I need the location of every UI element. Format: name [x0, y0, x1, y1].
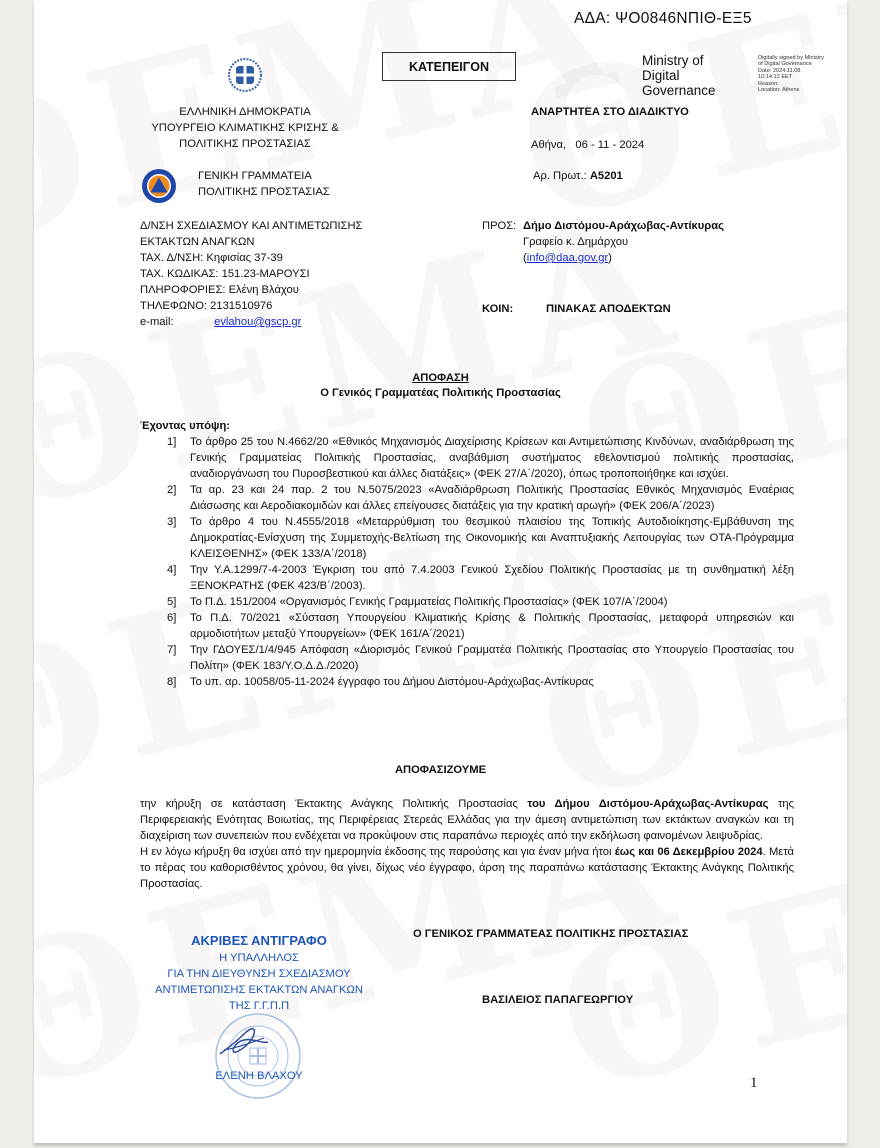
page-number: 1: [750, 1075, 758, 1092]
sig-detail: Location: Athens: [758, 87, 847, 93]
issuer-line: ΥΠΟΥΡΓΕΙΟ ΚΛΙΜΑΤΙΚΗΣ ΚΡΙΣΗΣ &: [130, 120, 360, 136]
text-run-bold: έως και 06 Δεκεμβρίου 2024: [615, 846, 763, 858]
recipient-name: Δήμο Διστόμου-Αράχωβας-Αντίκυρας: [523, 218, 724, 234]
contact-line: ΤΗΛΕΦΩΝΟ: 2131510976: [140, 298, 362, 314]
contact-line: ΤΑΧ. Δ/ΝΣΗ: Κηφισίας 37-39: [140, 250, 362, 266]
issuer-line: ΠΟΛΙΤΙΚΗΣ ΠΡΟΣΤΑΣΙΑΣ: [130, 136, 360, 152]
contact-line: Δ/ΝΣΗ ΣΧΕΔΙΑΣΜΟΥ ΚΑΙ ΑΝΤΙΜΕΤΩΠΙΣΗΣ: [140, 218, 362, 234]
urgent-badge: ΚΑΤΕΠΕΙΓΟΝ: [382, 52, 516, 81]
sig-org-line: Digital: [642, 68, 716, 83]
contact-line: ΕΚΤΑΚΤΩΝ ΑΝΑΓΚΩΝ: [140, 234, 362, 250]
issuer-line: ΕΛΛΗΝΙΚΗ ΔΗΜΟΚΡΑΤΙΑ: [130, 104, 360, 120]
to-label: ΠΡΟΣ:: [482, 218, 516, 234]
cc-label: ΚΟΙΝ:: [482, 301, 513, 317]
document-page: ΘΕΜΑ ΘΕΜΑ ΘΕΜΑ ΘΕΜΑ ΘΕΜΑ ΘΕΜΑ ΘΕΜΑ ΘΕΜΑ …: [34, 0, 847, 1143]
digital-signature-org: Ministry of Digital Governance: [642, 53, 716, 98]
item-text: Το άρθρο 4 του Ν.4555/2018 «Μεταρρύθμιση…: [190, 514, 794, 562]
text-run: Η εν λόγω κήρυξη θα ισχύει από την ημερο…: [140, 846, 615, 858]
contact-line: ΤΑΧ. ΚΩΔΙΚΑΣ: 151.23-ΜΑΡΟΥΣΙ: [140, 266, 362, 282]
decision-subtitle: Ο Γενικός Γραμματέας Πολιτικής Προστασία…: [34, 385, 847, 401]
secretariat-line: ΓΕΝΙΚΗ ΓΡΑΜΜΑΤΕΙΑ: [198, 168, 330, 184]
item-number: 5]: [167, 594, 190, 610]
copy-certification: ΑΚΡΙΒΕΣ ΑΝΤΙΓΡΑΦΟ Η ΥΠΑΛΛΗΛΟΣ ΓΙΑ ΤΗΝ ΔΙ…: [144, 932, 374, 1014]
place-date: Αθήνα, 06 - 11 - 2024: [531, 137, 644, 153]
copy-signer-name: ΕΛΕΝΗ ΒΛΑΧΟΥ: [144, 1068, 374, 1084]
secretariat-line: ΠΟΛΙΤΙΚΗΣ ΠΡΟΣΤΑΣΙΑΣ: [198, 184, 330, 200]
issuer-block: ΕΛΛΗΝΙΚΗ ΔΗΜΟΚΡΑΤΙΑ ΥΠΟΥΡΓΕΙΟ ΚΛΙΜΑΤΙΚΗΣ…: [130, 104, 360, 152]
item-text: Το υπ. αρ. 10058/05-11-2024 έγγραφο του …: [190, 674, 794, 690]
item-number: 4]: [167, 562, 190, 594]
list-item: 4]Την Υ.Α.1299/7-4-2003 Έγκριση του από …: [167, 562, 794, 594]
cc-value: ΠΙΝΑΚΑΣ ΑΠΟΔΕΚΤΩΝ: [546, 301, 671, 317]
item-text: Την Υ.Α.1299/7-4-2003 Έγκριση του από 7.…: [190, 562, 794, 594]
protocol-label: Αρ. Πρωτ.:: [533, 170, 587, 182]
list-item: 7]Την ΓΔΟΥΕΣ/1/4/945 Απόφαση «Διορισμός …: [167, 642, 794, 674]
decision-paragraph-1: την κήρυξη σε κατάσταση Έκτακτης Ανάγκης…: [140, 796, 794, 844]
paren: ): [608, 252, 612, 264]
recipient-office: Γραφείο κ. Δημάρχου: [523, 234, 724, 250]
contact-block: Δ/ΝΣΗ ΣΧΕΔΙΑΣΜΟΥ ΚΑΙ ΑΝΤΙΜΕΤΩΠΙΣΗΣ ΕΚΤΑΚ…: [140, 218, 362, 330]
item-text: Την ΓΔΟΥΕΣ/1/4/945 Απόφαση «Διορισμός Γε…: [190, 642, 794, 674]
item-text: Το Π.Δ. 151/2004 «Οργανισμός Γενικής Γρα…: [190, 594, 794, 610]
item-number: 3]: [167, 514, 190, 562]
signatory-name: ΒΑΣΙΛΕΙΟΣ ΠΑΠΑΓΕΩΡΓΙΟΥ: [482, 992, 633, 1008]
signatory-title: Ο ΓΕΝΙΚΟΣ ΓΡΑΜΜΑΤΕΑΣ ΠΟΛΙΤΙΚΗΣ ΠΡΟΣΤΑΣΙΑ…: [413, 926, 688, 942]
recipient-email-link[interactable]: info@daa.gov.gr: [527, 252, 608, 264]
list-item: 1]Το άρθρο 25 του Ν.4662/20 «Εθνικός Μηχ…: [167, 434, 794, 482]
email-label: e-mail:: [140, 314, 211, 330]
secretariat-block: ΓΕΝΙΚΗ ΓΡΑΜΜΑΤΕΙΑ ΠΟΛΙΤΙΚΗΣ ΠΡΟΣΤΑΣΙΑΣ: [198, 168, 330, 200]
civil-protection-logo-icon: [141, 168, 177, 204]
sig-org-line: Ministry of: [642, 53, 716, 68]
recipient-block: Δήμο Διστόμου-Αράχωβας-Αντίκυρας Γραφείο…: [523, 218, 724, 266]
copy-title: ΑΚΡΙΒΕΣ ΑΝΤΙΓΡΑΦΟ: [144, 932, 374, 950]
considerations-list: 1]Το άρθρο 25 του Ν.4662/20 «Εθνικός Μηχ…: [167, 434, 794, 690]
text-run-bold: του Δήμου Διστόμου-Αράχωβας-Αντίκυρας: [527, 798, 768, 810]
item-text: Το άρθρο 25 του Ν.4662/20 «Εθνικός Μηχαν…: [190, 434, 794, 482]
digital-signature-details: Digitally signed by Ministry of Digital …: [758, 55, 847, 93]
protocol-number: Αρ. Πρωτ.: Α5201: [533, 168, 623, 184]
decision-title: ΑΠΟΦΑΣΗ: [34, 370, 847, 386]
list-item: 6]Το Π.Δ. 70/2021 «Σύσταση Υπουργείου Κλ…: [167, 610, 794, 642]
greek-coat-of-arms-icon: [228, 58, 262, 92]
item-number: 8]: [167, 674, 190, 690]
decision-body: την κήρυξη σε κατάσταση Έκτακτης Ανάγκης…: [140, 796, 794, 892]
copy-line: ΓΙΑ ΤΗΝ ΔΙΕΥΘΥΝΣΗ ΣΧΕΔΙΑΣΜΟΥ: [144, 966, 374, 982]
item-text: Το Π.Δ. 70/2021 «Σύσταση Υπουργείου Κλιμ…: [190, 610, 794, 642]
handwritten-signature-icon: [214, 1020, 274, 1066]
item-text: Τα αρ. 23 και 24 παρ. 2 του Ν.5075/2023 …: [190, 482, 794, 514]
protocol-value: Α5201: [590, 170, 623, 182]
contact-email-link[interactable]: evlahou@gscp.gr: [214, 316, 301, 328]
list-item: 8]Το υπ. αρ. 10058/05-11-2024 έγγραφο το…: [167, 674, 794, 690]
copy-line: Η ΥΠΑΛΛΗΛΟΣ: [144, 950, 374, 966]
item-number: 2]: [167, 482, 190, 514]
text-run: την κήρυξη σε κατάσταση Έκτακτης Ανάγκης…: [140, 798, 527, 810]
publish-note: ΑΝΑΡΤΗΤΕΑ ΣΤΟ ΔΙΑΔΙΚΤΥΟ: [531, 104, 689, 120]
sig-org-line: Governance: [642, 83, 716, 98]
contact-line: ΠΛΗΡΟΦΟΡΙΕΣ: Ελένη Βλάχου: [140, 282, 362, 298]
list-item: 3]Το άρθρο 4 του Ν.4555/2018 «Μεταρρύθμι…: [167, 514, 794, 562]
item-number: 1]: [167, 434, 190, 482]
ada-code: ΑΔΑ: ΨΟ0846ΝΠΙΘ-ΕΞ5: [574, 10, 752, 28]
list-item: 2]Τα αρ. 23 και 24 παρ. 2 του Ν.5075/202…: [167, 482, 794, 514]
considering-label: Έχοντας υπόψη:: [140, 418, 230, 434]
decision-paragraph-2: Η εν λόγω κήρυξη θα ισχύει από την ημερο…: [140, 844, 794, 892]
item-number: 7]: [167, 642, 190, 674]
list-item: 5]Το Π.Δ. 151/2004 «Οργανισμός Γενικής Γ…: [167, 594, 794, 610]
resolve-title: ΑΠΟΦΑΣΙΖΟΥΜΕ: [34, 762, 847, 778]
copy-line: ΑΝΤΙΜΕΤΩΠΙΣΗΣ ΕΚΤΑΚΤΩΝ ΑΝΑΓΚΩΝ: [144, 982, 374, 998]
item-number: 6]: [167, 610, 190, 642]
